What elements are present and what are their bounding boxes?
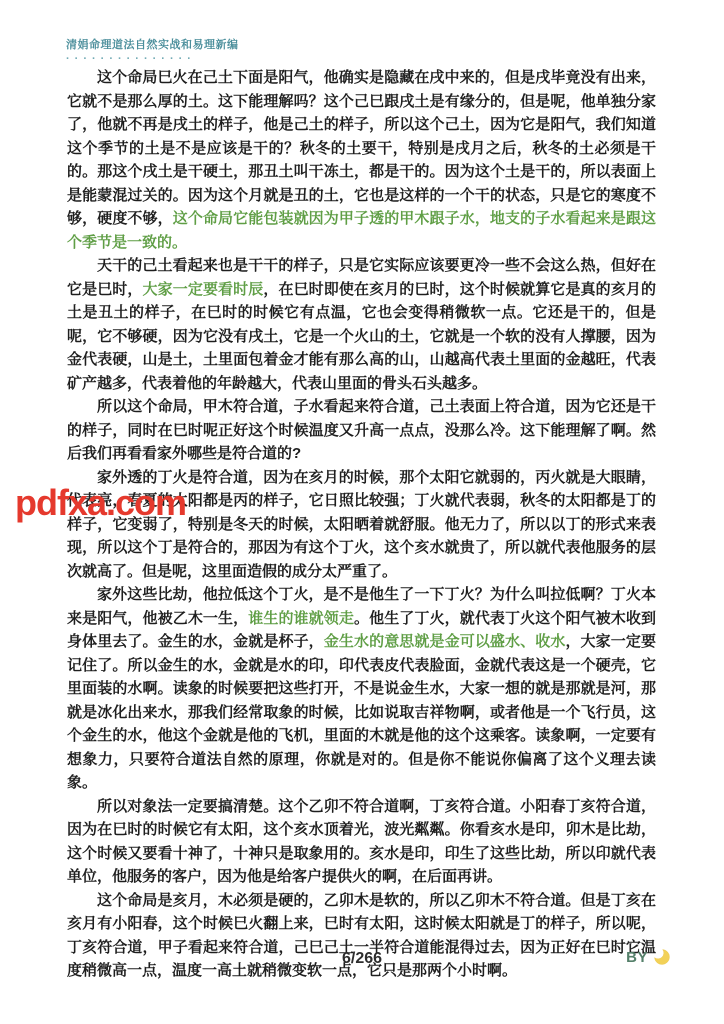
paragraph: 这个命局是亥月，木必须是硬的，乙卯木是软的，所以乙卯木不符合道。但是丁亥在亥月有… [67,889,656,983]
page-number-indicator: 6/266 [0,950,724,968]
paragraph: 所以这个命局，甲木符合道，子水看起来符合道，己土表面上符合道，因为它还是干的样子… [67,395,656,466]
highlighted-text: 大家一定要看时辰 [143,281,264,298]
paragraph: 所以对象法一定要搞清楚。这个乙卯不符合道啊，丁亥符合道。小阳春丁亥符合道，因为在… [67,795,656,889]
highlighted-text: 谁生的谁就领走 [248,610,354,627]
by-label: BY [626,949,648,966]
paragraph-text: 所以这个命局，甲木符合道，子水看起来符合道，己土表面上符合道，因为它还是干的样子… [67,398,656,462]
paragraph: 这个命局巳火在己土下面是阳气，他确实是隐藏在戌中来的，但是戌毕竟没有出来，它就不… [67,66,656,254]
document-page: 清娟命理道法自然实战和易理新编 ··············· 这个命局巳火在己… [0,0,724,1024]
paragraph: 家外这些比劫，他拉低这个丁火，是不是他生了一下丁火？为什么叫拉低啊？丁火本来是阳… [67,583,656,795]
crescent-moon-icon [652,947,672,967]
watermark: pdfxa.com [15,482,186,524]
paragraph-text: ，大家一定要记住了。所以金生的水，金就是水的印，印代表皮代表脸面，金就代表这是一… [67,633,656,791]
document-body: 这个命局巳火在己土下面是阳气，他确实是隐藏在戌中来的，但是戌毕竟没有出来，它就不… [67,66,656,983]
header-dotted-divider: ··············· [66,53,196,65]
paragraph-text: 这个命局巳火在己土下面是阳气，他确实是隐藏在戌中来的，但是戌毕竟没有出来，它就不… [67,69,656,227]
document-header-title: 清娟命理道法自然实战和易理新编 [66,36,239,52]
highlighted-text: 金生水的意思就是金可以盛水、收水 [324,633,566,650]
footer-byline: BY [626,947,672,967]
paragraph: 天干的己土看起来也是干干的样子，只是它实际应该要更冷一些不会这么热，但好在它是巳… [67,254,656,395]
paragraph-text: 所以对象法一定要搞清楚。这个乙卯不符合道啊，丁亥符合道。小阳春丁亥符合道，因为在… [67,798,656,886]
